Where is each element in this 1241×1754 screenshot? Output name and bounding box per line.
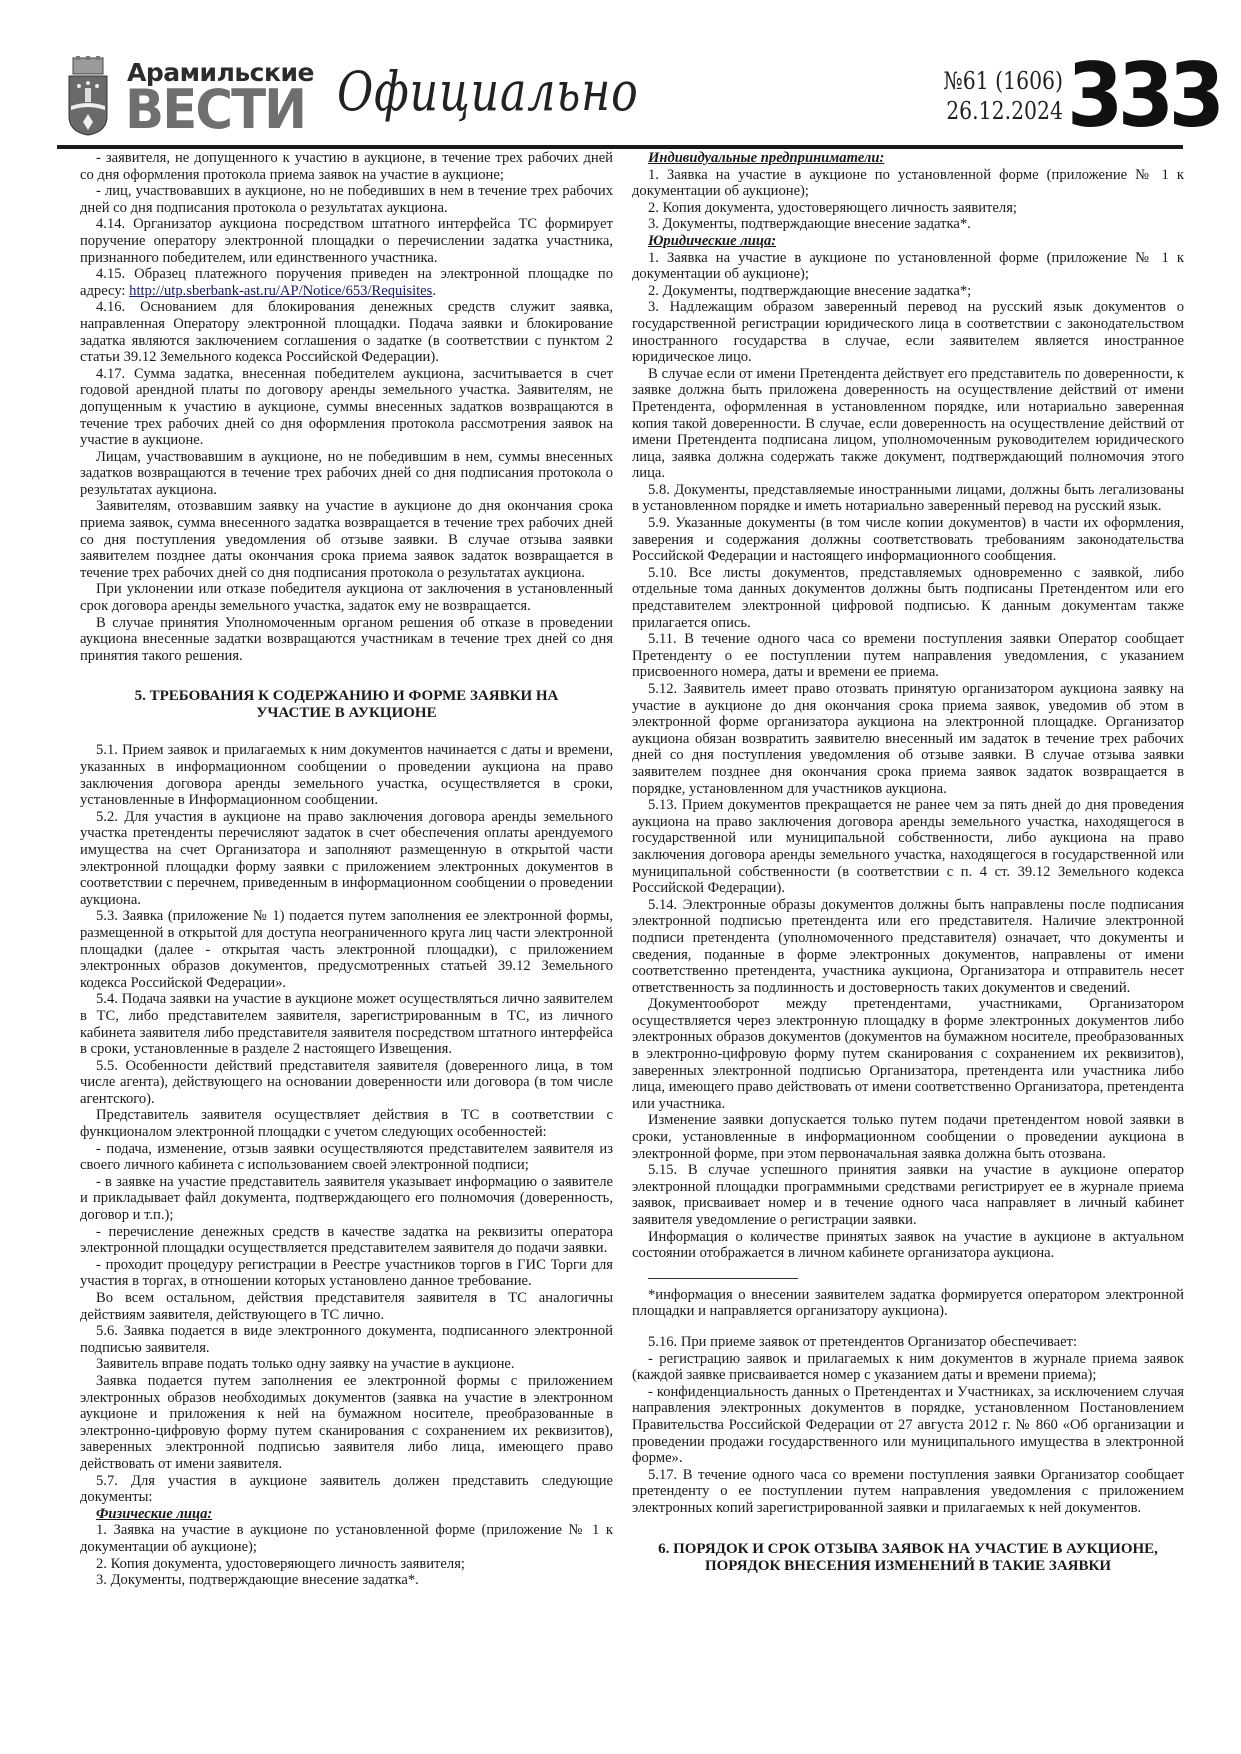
right-column: Индивидуальные предприниматели: 1. Заявк… bbox=[632, 150, 1184, 1595]
list-item: 3. Документы, подтверждающие внесение за… bbox=[80, 1572, 613, 1589]
list-item: 2. Копия документа, удостоверяющего личн… bbox=[632, 200, 1184, 217]
section-heading-6: 6. ПОРЯДОК И СРОК ОТЗЫВА ЗАЯВОК НА УЧАСТ… bbox=[652, 1541, 1164, 1575]
paragraph: - заявителя, не допущенного к участию в … bbox=[80, 150, 613, 183]
subheading-entrepreneurs: Индивидуальные предприниматели: bbox=[632, 150, 1184, 167]
list-item: 1. Заявка на участие в аукционе по устан… bbox=[80, 1522, 613, 1555]
paragraph: 5.9. Указанные документы (в том числе ко… bbox=[632, 515, 1184, 565]
page-number: 333 bbox=[1067, 44, 1219, 147]
list-item: - конфиденциальность данных о Претендент… bbox=[632, 1384, 1184, 1467]
section-title: Официально bbox=[337, 60, 639, 123]
footnote: *информация о внесении заявителем задатк… bbox=[632, 1287, 1184, 1320]
paragraph: В случае принятия Уполномоченным органом… bbox=[80, 615, 613, 665]
issue-number: №61 (1606) bbox=[910, 66, 1063, 96]
paragraph: 5.16. При приеме заявок от претендентов … bbox=[632, 1334, 1184, 1351]
text: . bbox=[432, 283, 436, 299]
paragraph: При уклонении или отказе победителя аукц… bbox=[80, 581, 613, 614]
header-divider bbox=[57, 145, 1183, 149]
paragraph: 5.2. Для участия в аукционе на право зак… bbox=[80, 809, 613, 909]
paragraph: В случае если от имени Претендента дейст… bbox=[632, 366, 1184, 482]
masthead: Арамильские ВЕСТИ Официально №61 (1606) … bbox=[57, 52, 1183, 142]
brand-name-main: ВЕСТИ bbox=[125, 80, 305, 140]
paragraph: 4.17. Сумма задатка, внесенная победител… bbox=[80, 366, 613, 449]
paragraph: 5.13. Прием документов прекращается не р… bbox=[632, 797, 1184, 897]
paragraph: 5.4. Подача заявки на участие в аукционе… bbox=[80, 991, 613, 1057]
list-item: 2. Документы, подтверждающие внесение за… bbox=[632, 283, 1184, 300]
list-item: 3. Надлежащим образом заверенный перевод… bbox=[632, 299, 1184, 365]
subheading-individuals: Физические лица: bbox=[80, 1506, 613, 1523]
issue-date: 26.12.2024 bbox=[910, 96, 1063, 126]
left-column: - заявителя, не допущенного к участию в … bbox=[80, 150, 613, 1589]
paragraph: 5.14. Электронные образы документов долж… bbox=[632, 897, 1184, 997]
list-item: 1. Заявка на участие в аукционе по устан… bbox=[632, 167, 1184, 200]
paragraph: Представитель заявителя осуществляет дей… bbox=[80, 1107, 613, 1140]
paragraph: - лиц, участвовавших в аукционе, но не п… bbox=[80, 183, 613, 216]
paragraph: 5.7. Для участия в аукционе заявитель до… bbox=[80, 1473, 613, 1506]
spacer bbox=[632, 1320, 1184, 1334]
paragraph: Документооборот между претендентами, уча… bbox=[632, 996, 1184, 1112]
paragraph: 5.1. Прием заявок и прилагаемых к ним до… bbox=[80, 742, 613, 808]
paragraph: 4.16. Основанием для блокирования денежн… bbox=[80, 299, 613, 365]
paragraph: 5.12. Заявитель имеет право отозвать при… bbox=[632, 681, 1184, 797]
paragraph: 5.8. Документы, представляемые иностранн… bbox=[632, 482, 1184, 515]
list-item: 2. Копия документа, удостоверяющего личн… bbox=[80, 1556, 613, 1573]
paragraph: Информация о количестве принятых заявок … bbox=[632, 1229, 1184, 1262]
paragraph: Заявка подается путем заполнения ее элек… bbox=[80, 1373, 613, 1473]
paragraph: 4.14. Организатор аукциона посредством ш… bbox=[80, 216, 613, 266]
list-item: - в заявке на участие представитель заяв… bbox=[80, 1174, 613, 1224]
list-item: 1. Заявка на участие в аукционе по устан… bbox=[632, 250, 1184, 283]
subheading-legal-entities: Юридические лица: bbox=[632, 233, 1184, 250]
paragraph: 5.10. Все листы документов, представляем… bbox=[632, 565, 1184, 631]
list-item: 3. Документы, подтверждающие внесение за… bbox=[632, 216, 1184, 233]
paragraph: 5.11. В течение одного часа со времени п… bbox=[632, 631, 1184, 681]
coat-of-arms-icon bbox=[67, 56, 109, 136]
paragraph: 5.5. Особенности действий представителя … bbox=[80, 1058, 613, 1108]
paragraph: 5.15. В случае успешного принятия заявки… bbox=[632, 1162, 1184, 1228]
list-item: - подача, изменение, отзыв заявки осущес… bbox=[80, 1141, 613, 1174]
paragraph: 5.3. Заявка (приложение № 1) подается пу… bbox=[80, 908, 613, 991]
list-item: - перечисление денежных средств в качест… bbox=[80, 1224, 613, 1257]
paragraph: 5.17. В течение одного часа со времени п… bbox=[632, 1467, 1184, 1517]
paragraph-payment-sample: 4.15. Образец платежного поручения приве… bbox=[80, 266, 613, 299]
paragraph: Лицам, участвовавшим в аукционе, но не п… bbox=[80, 449, 613, 499]
paragraph: 5.6. Заявка подается в виде электронного… bbox=[80, 1323, 613, 1356]
paragraph: Заявитель вправе подать только одну заяв… bbox=[80, 1356, 613, 1373]
paragraph: Во всем остальном, действия представител… bbox=[80, 1290, 613, 1323]
issue-info: №61 (1606) 26.12.2024 bbox=[910, 66, 1063, 126]
requisites-link[interactable]: http://utp.sberbank-ast.ru/AP/Notice/653… bbox=[129, 283, 432, 299]
list-item: - регистрацию заявок и прилагаемых к ним… bbox=[632, 1351, 1184, 1384]
section-heading-5: 5. ТРЕБОВАНИЯ К СОДЕРЖАНИЮ И ФОРМЕ ЗАЯВК… bbox=[100, 688, 593, 722]
paragraph: Заявителям, отозвавшим заявку на участие… bbox=[80, 498, 613, 581]
footnote-divider bbox=[648, 1278, 798, 1279]
list-item: - проходит процедуру регистрации в Реест… bbox=[80, 1257, 613, 1290]
newspaper-logo: Арамильские ВЕСТИ bbox=[57, 52, 307, 140]
paragraph: Изменение заявки допускается только путе… bbox=[632, 1112, 1184, 1162]
